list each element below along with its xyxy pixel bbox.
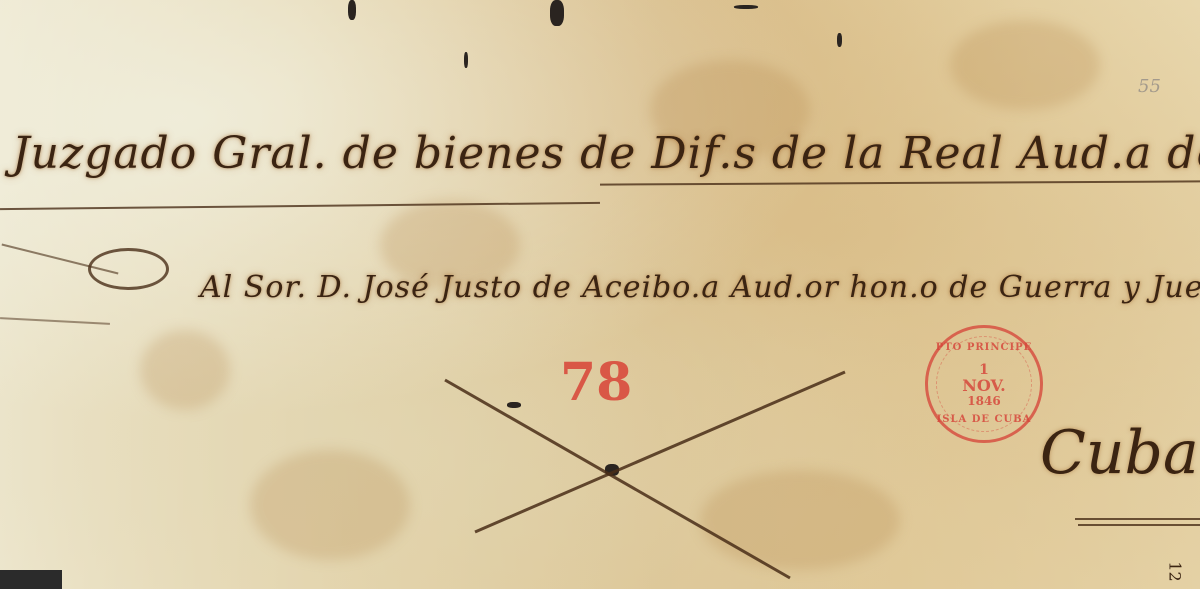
postmark-stamp: PTO PRINCIPE 1 NOV. 1846 ISLA DE CUBA: [925, 325, 1043, 443]
corner-note: 12: [1166, 561, 1185, 581]
postmark-top: PTO PRINCIPE: [928, 342, 1040, 353]
pencil-note: 55: [1138, 76, 1161, 97]
postmark-month: NOV.: [928, 376, 1040, 395]
destination: Cuba: [1040, 418, 1199, 488]
cross-mark: [0, 0, 1200, 589]
destination-underline: [1075, 518, 1200, 520]
postmark-bottom: ISLA DE CUBA: [928, 414, 1040, 425]
destination-underline: [1078, 524, 1200, 526]
scan-background-corner: [0, 570, 62, 589]
postmark-year: 1846: [928, 394, 1040, 408]
